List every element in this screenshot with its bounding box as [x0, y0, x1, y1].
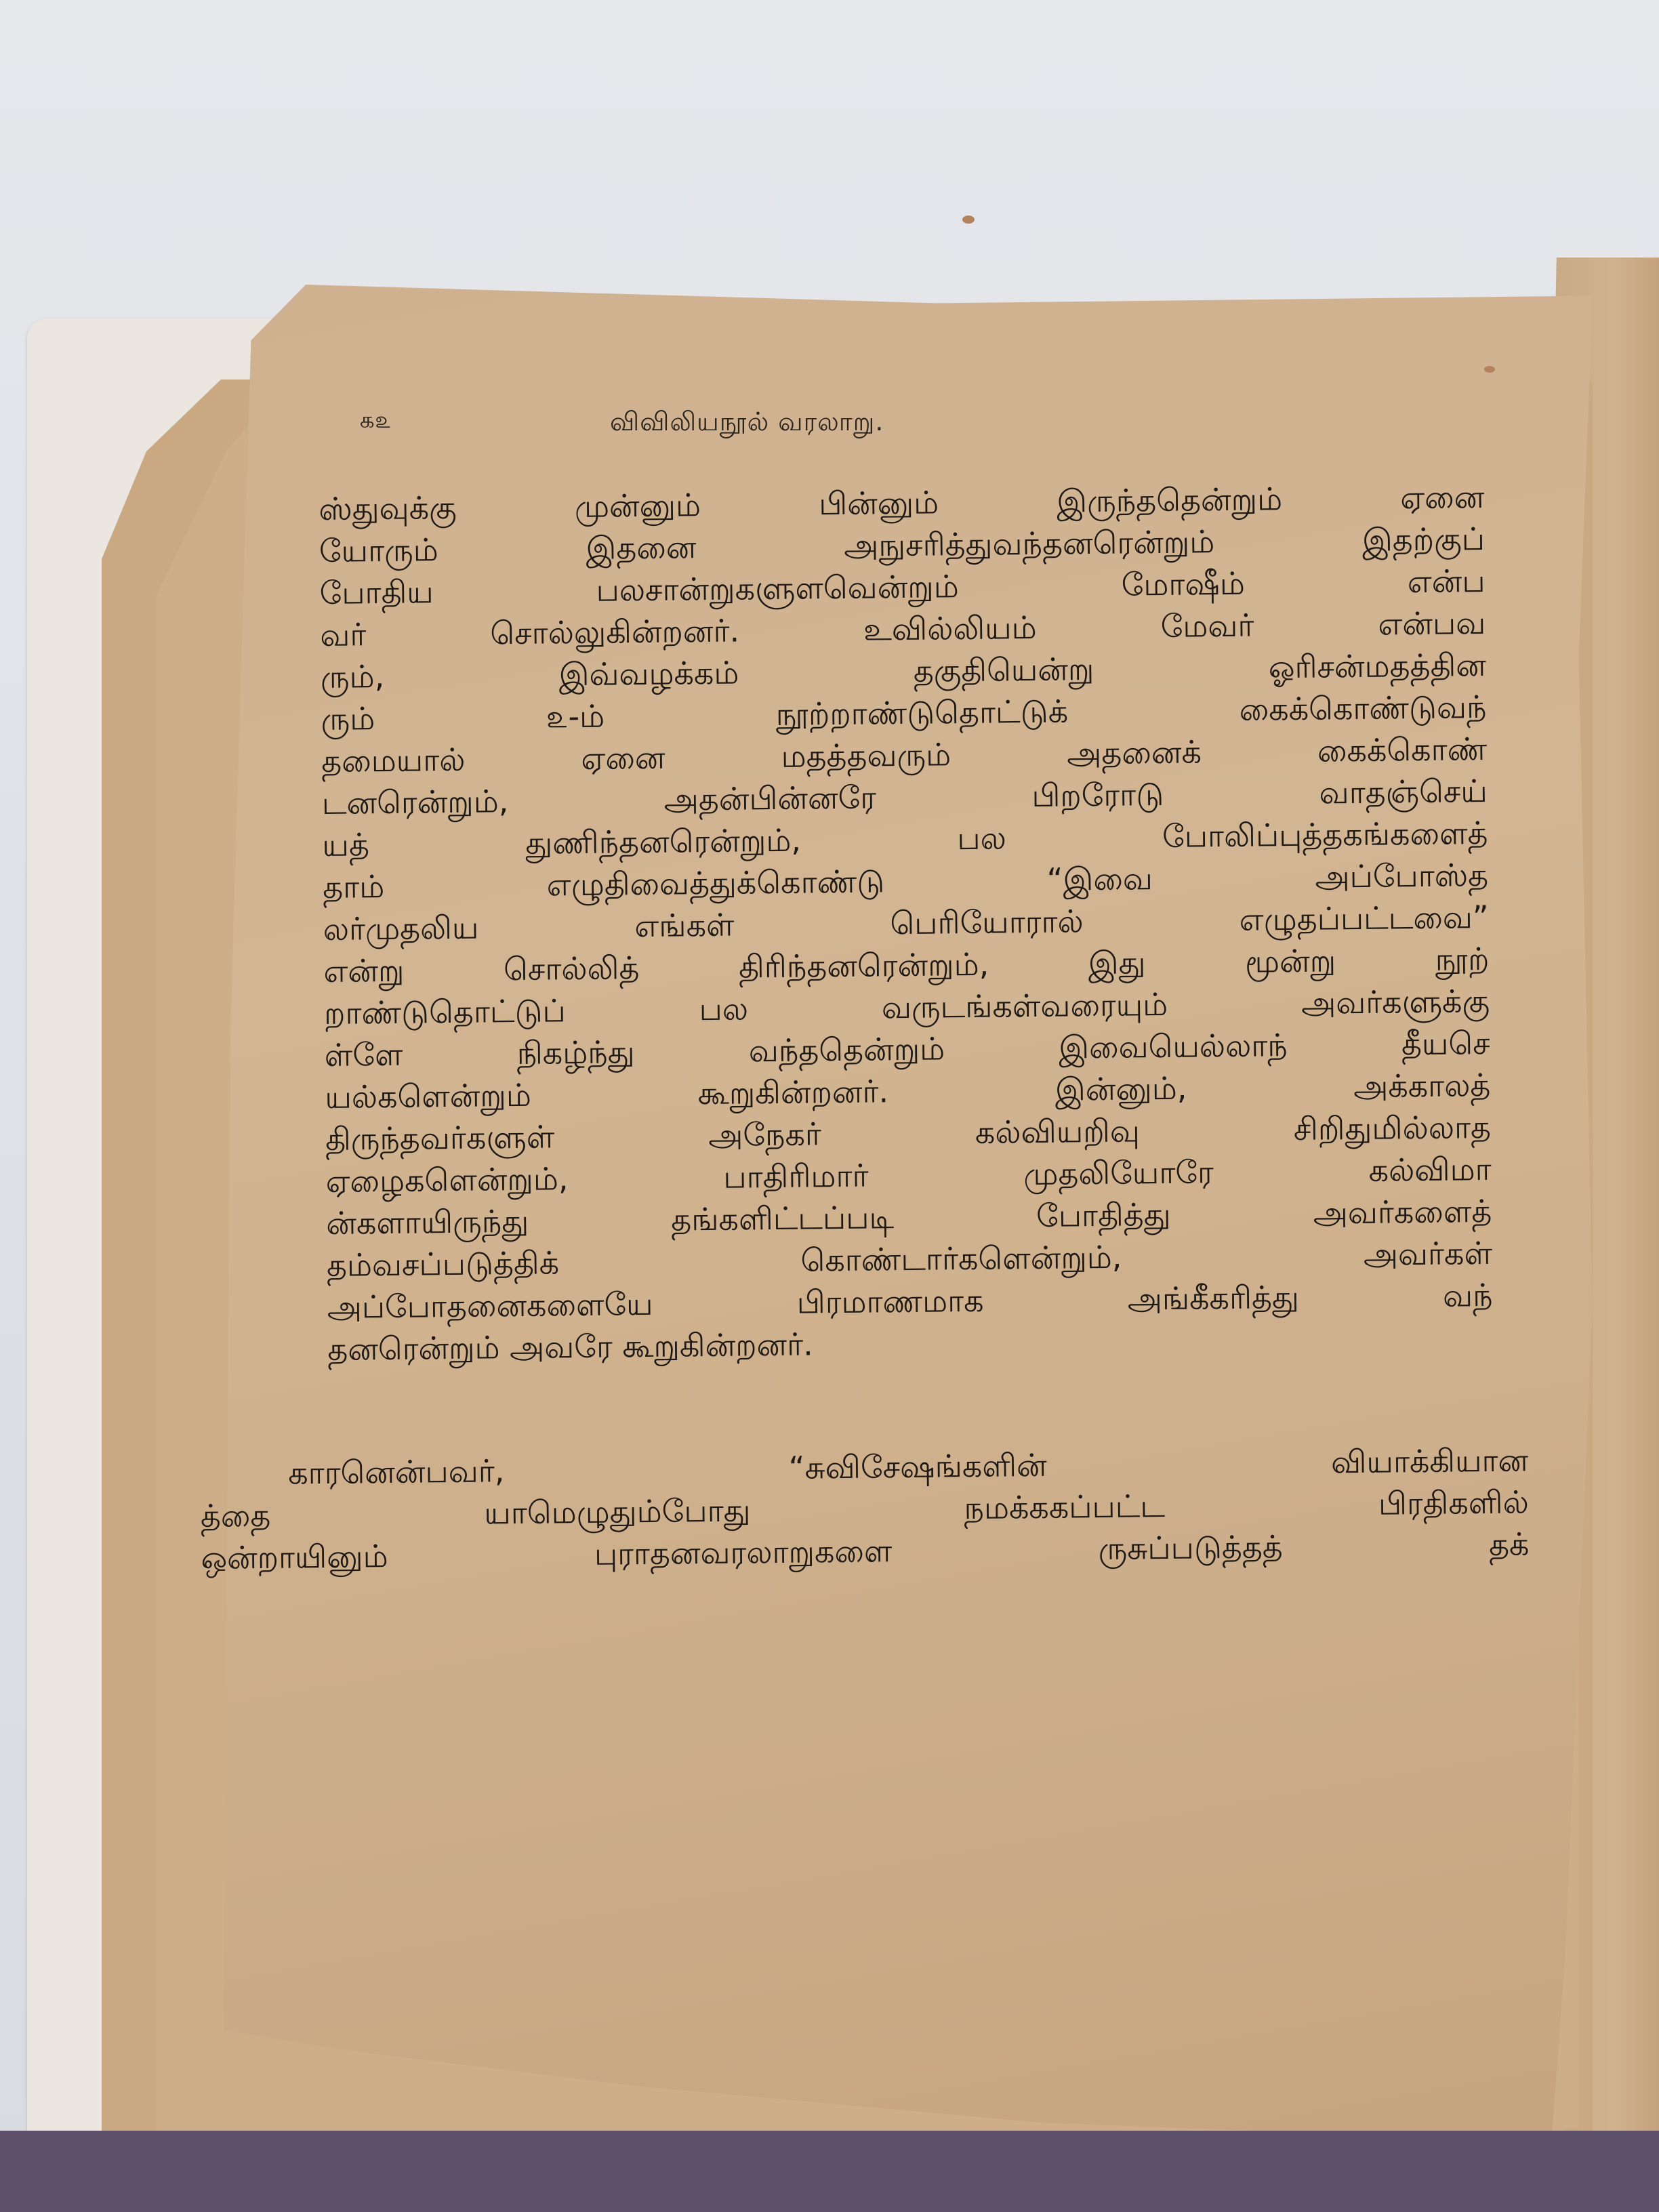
paper-fleck — [1484, 366, 1495, 373]
paragraph-2: காரனென்பவர், “சுவிசேஷங்களின் வியாக்கியான… — [200, 1439, 1530, 1579]
paragraph-gap — [328, 1358, 1494, 1452]
cloth-surface — [0, 2131, 1659, 2212]
running-title: விவிலியநூல் வரலாறு. — [610, 407, 884, 441]
page-header: ௧௨ விவிலியநூல் வரலாறு. — [359, 407, 1376, 454]
paragraph-1: ஸ்துவுக்கு முன்னும் பின்னும் இருந்ததென்ற… — [319, 476, 1494, 1370]
page-number: ௧௨ — [359, 407, 391, 436]
page-body: ஸ்துவுக்கு முன்னும் பின்னும் இருந்ததென்ற… — [319, 476, 1496, 1578]
paper-fleck — [962, 216, 975, 224]
